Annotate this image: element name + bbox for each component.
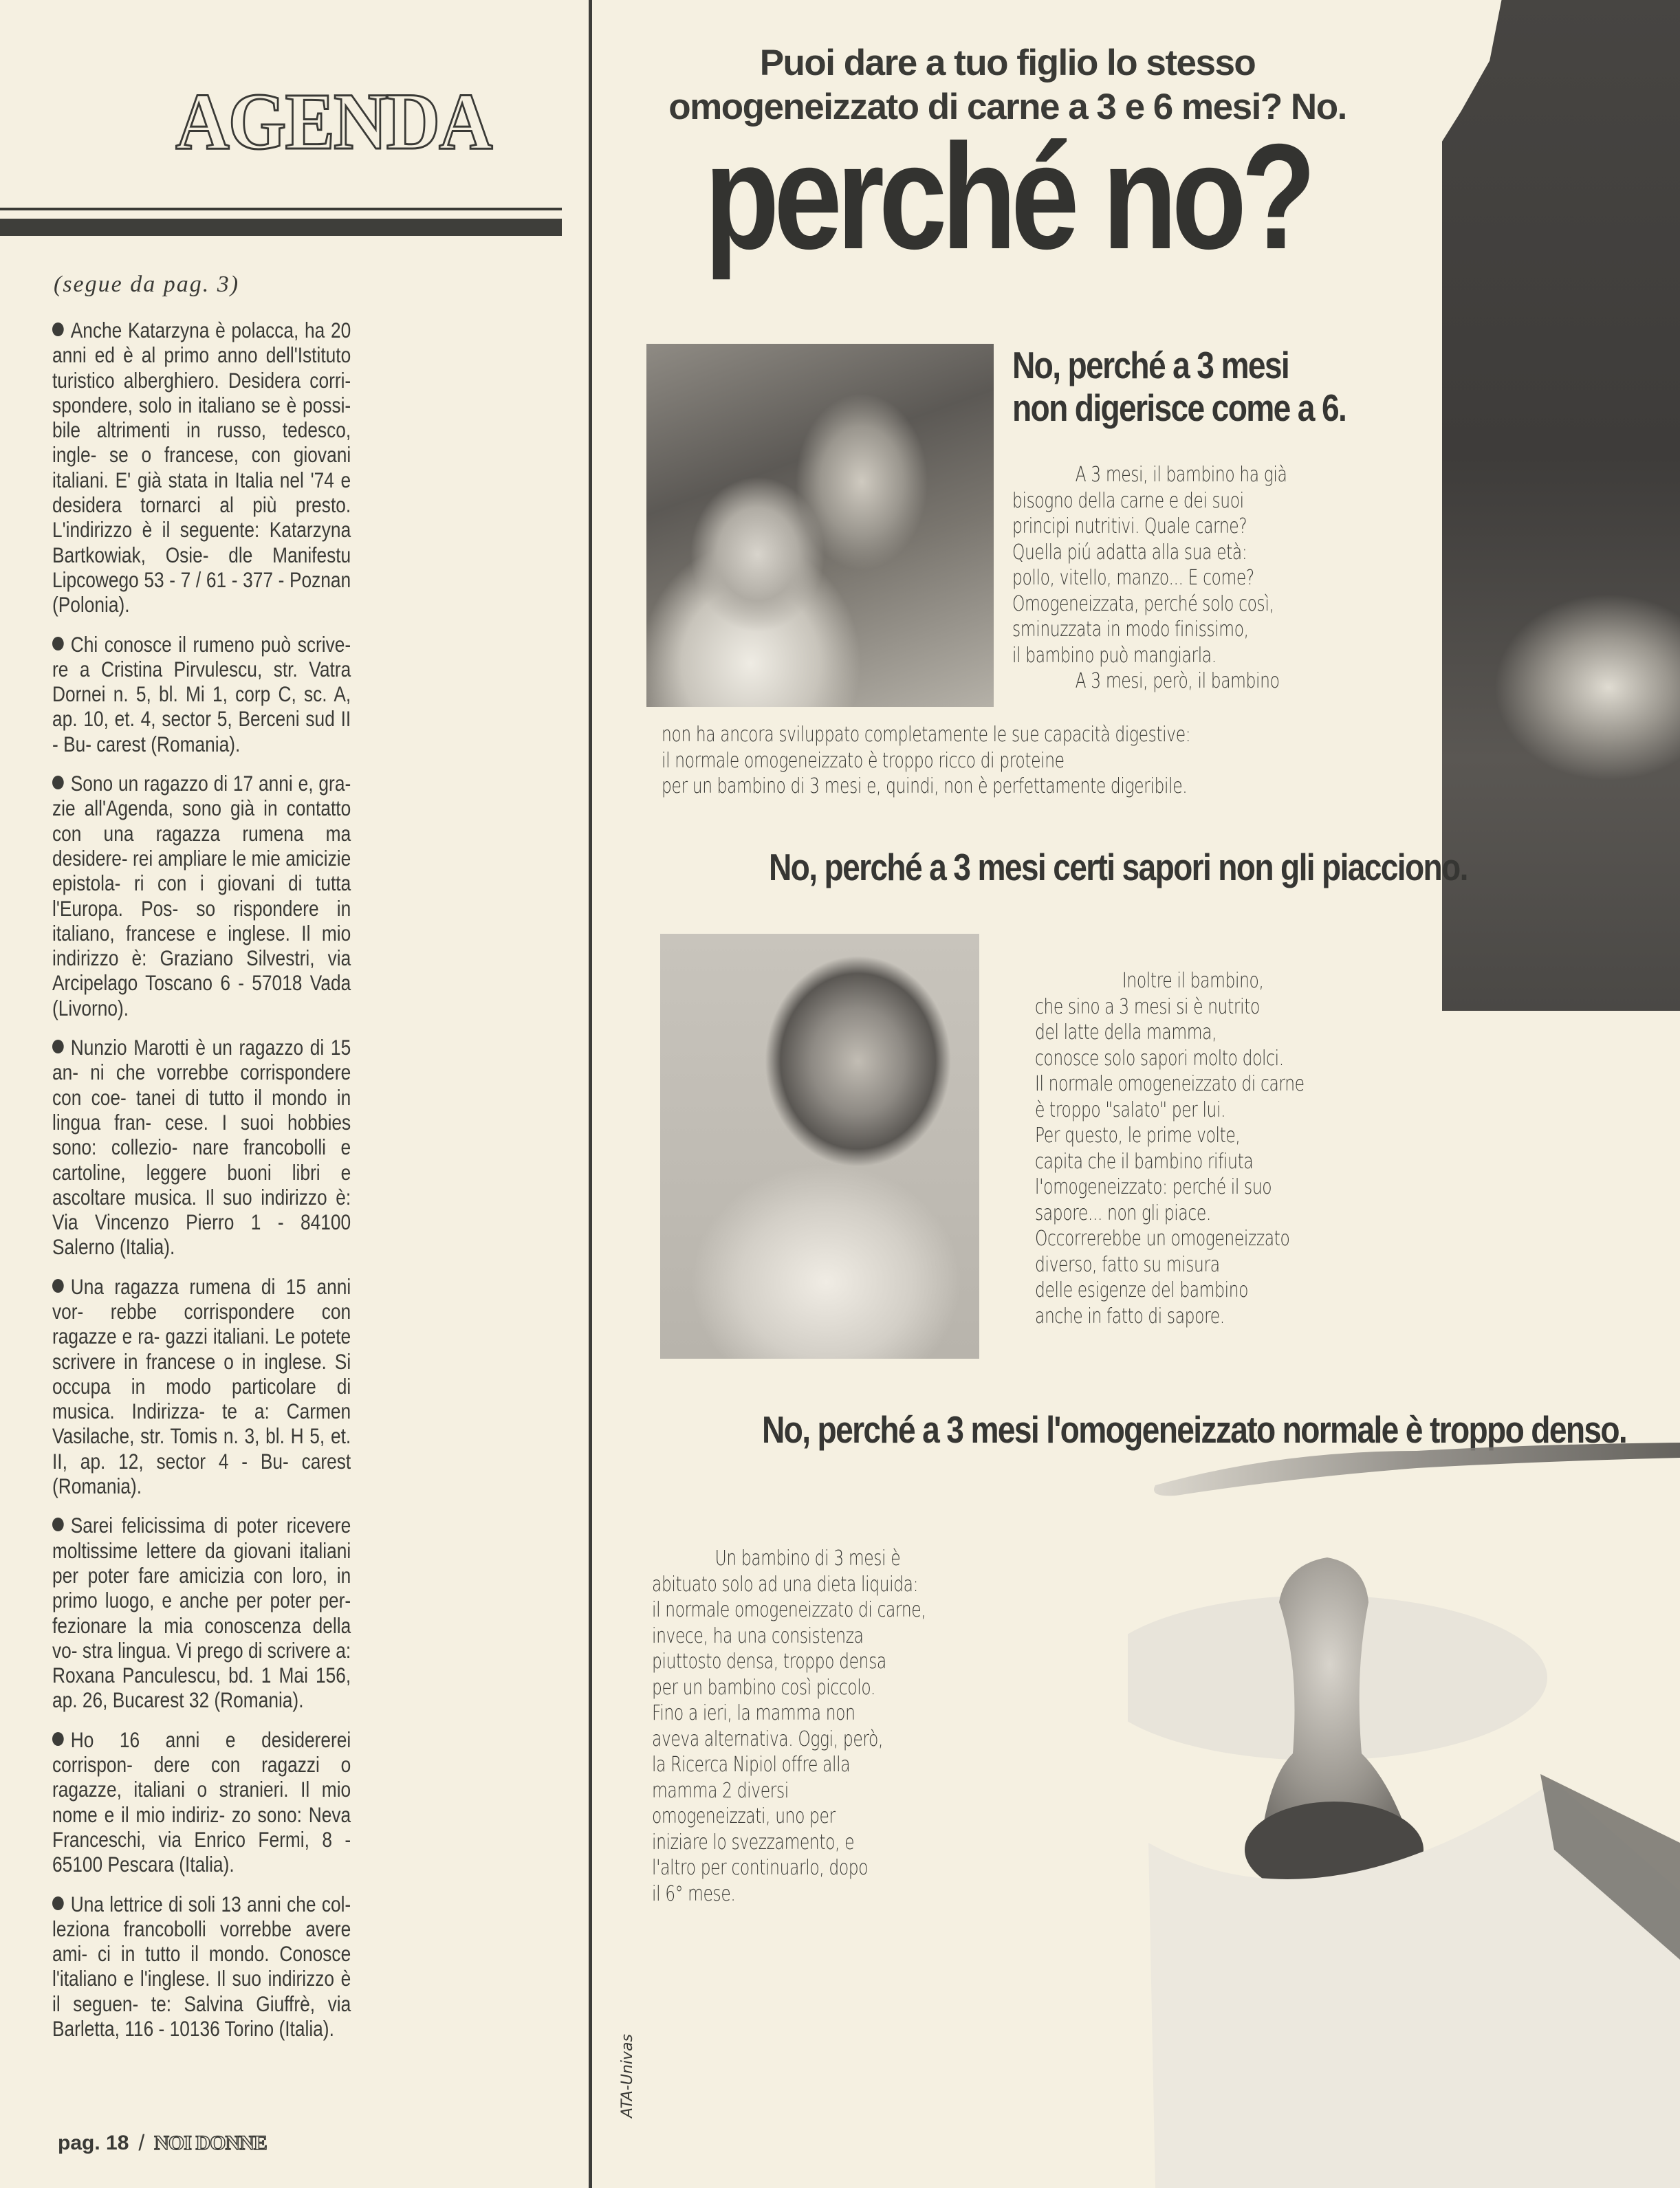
bullet-icon bbox=[52, 1518, 64, 1531]
letter-item: Una ragazza rumena di 15 anni vor- rebbe… bbox=[52, 1274, 351, 1499]
letter-item: Una lettrice di soli 13 anni che col- le… bbox=[52, 1892, 351, 2042]
section-heading-digestion: No, perché a 3 mesi non digerisce come a… bbox=[1012, 344, 1346, 429]
bullet-icon bbox=[52, 1040, 64, 1053]
letter-item: Sarei felicissima di poter ricevere molt… bbox=[52, 1513, 351, 1712]
section-body-taste: Inoltre il bambino, che sino a 3 mesi si… bbox=[1035, 968, 1305, 1329]
footer-separator: / bbox=[138, 2130, 144, 2156]
bullet-icon bbox=[52, 637, 64, 650]
letters-list: Anche Katarzyna è polacca, ha 20 anni ed… bbox=[52, 318, 351, 2055]
bullet-icon bbox=[52, 1896, 64, 1910]
letter-item: Ho 16 anni e desidererei corrispon- dere… bbox=[52, 1727, 351, 1877]
baby-portrait-photo bbox=[660, 934, 979, 1359]
mother-and-baby-photo bbox=[646, 344, 994, 707]
page-number: pag. 18 bbox=[58, 2132, 129, 2155]
section-body-digestion: A 3 mesi, il bambino ha già bisogno dell… bbox=[1012, 462, 1287, 694]
bullet-icon bbox=[52, 776, 64, 789]
column-divider bbox=[589, 0, 592, 2188]
section-body-density: Un bambino di 3 mesi è abituato solo ad … bbox=[652, 1546, 926, 1907]
header-rule-thick bbox=[0, 219, 562, 236]
letter-item: Anche Katarzyna è polacca, ha 20 anni ed… bbox=[52, 318, 351, 617]
section-heading-taste: No, perché a 3 mesi certi sapori non gli… bbox=[769, 846, 1468, 888]
publication-logo: NOI DONNE bbox=[154, 2132, 267, 2155]
letter-item: Sono un ragazzo di 17 anni e, gra- zie a… bbox=[52, 771, 351, 1020]
bullet-icon bbox=[52, 322, 64, 336]
section-body-digestion-cont: non ha ancora sviluppato completamente l… bbox=[662, 722, 1190, 800]
continued-from-note: (segue da pag. 3) bbox=[54, 272, 239, 298]
spoon-and-baby-food-jar-photo bbox=[1128, 1368, 1680, 2188]
bullet-icon bbox=[52, 1732, 64, 1746]
letter-item: Chi conosce il rumeno può scrive- re a C… bbox=[52, 632, 351, 756]
bullet-icon bbox=[52, 1279, 64, 1293]
page-footer: pag. 18 / NOI DONNE bbox=[58, 2130, 267, 2156]
header-rule-thin bbox=[0, 208, 562, 210]
ad-headline: perché no? bbox=[686, 122, 1329, 272]
letter-item: Nunzio Marotti è un ragazzo di 15 an- ni… bbox=[52, 1035, 351, 1260]
ad-agency-credit: ATA-Univas bbox=[619, 2034, 636, 2118]
agenda-column-title: AGENDA bbox=[169, 81, 498, 162]
knitted-sweater-photo bbox=[1442, 0, 1680, 1011]
